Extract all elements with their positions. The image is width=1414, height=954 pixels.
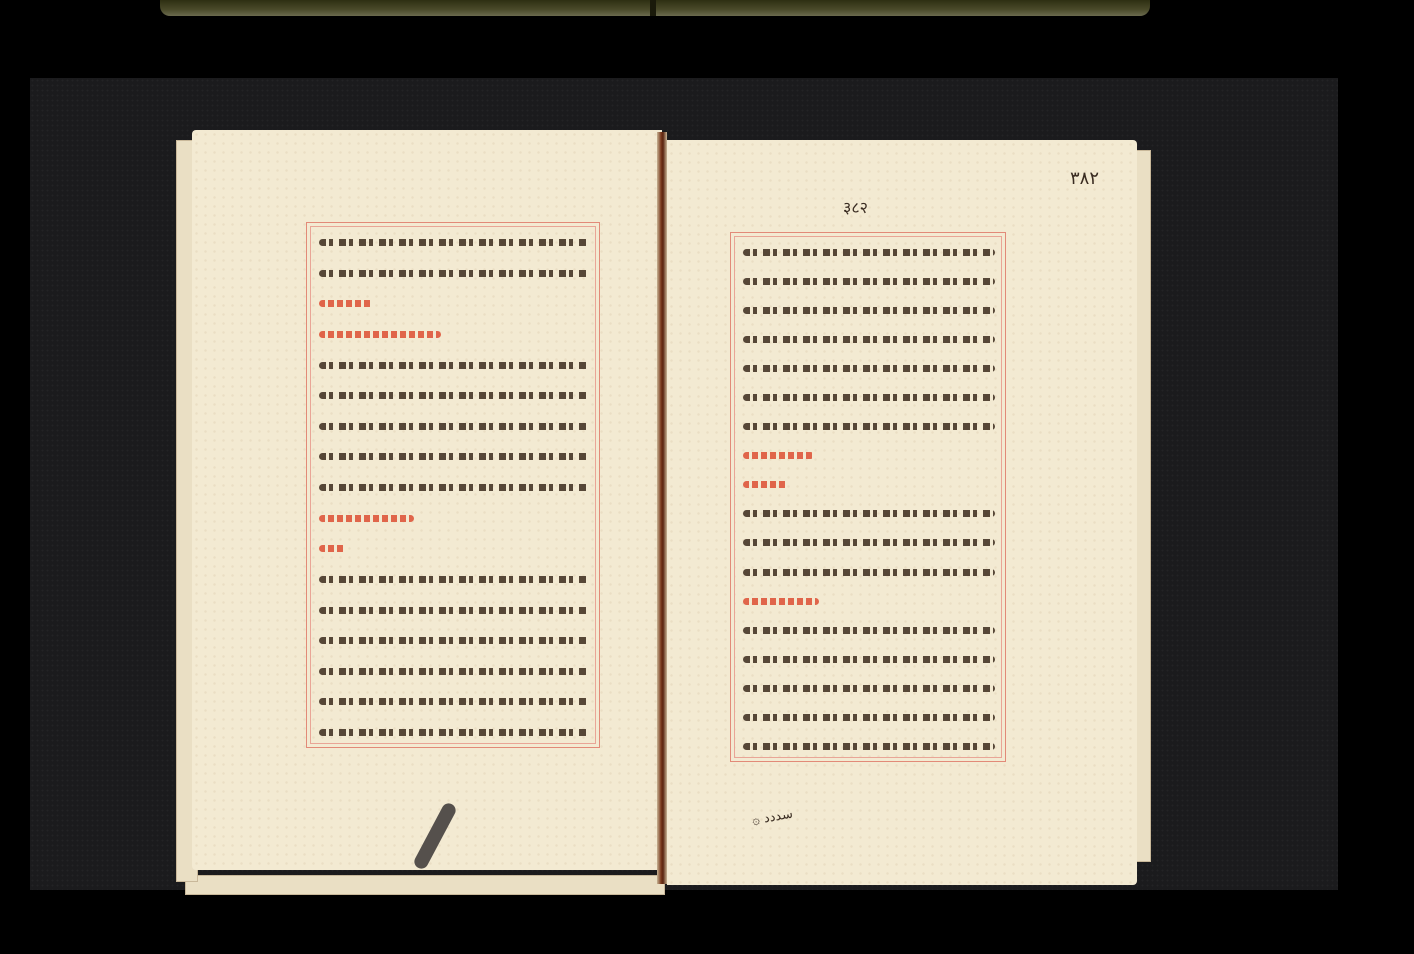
folio-number: ٣٨٢: [1070, 168, 1099, 189]
manuscript-line: [743, 245, 995, 259]
manuscript-line: [743, 390, 995, 404]
manuscript-line: [319, 511, 589, 525]
manuscript-line: [319, 296, 589, 310]
manuscript-line: [743, 506, 995, 520]
manuscript-line: [319, 388, 589, 402]
manuscript-line: [319, 358, 589, 372]
manuscript-line: [319, 449, 589, 463]
manuscript-line: [743, 274, 995, 288]
manuscript-line: [319, 603, 589, 617]
manuscript-line: [743, 623, 995, 637]
manuscript-line: [743, 739, 995, 753]
manuscript-line: [319, 419, 589, 433]
left-text-block: [306, 222, 600, 748]
manuscript-line: [743, 565, 995, 579]
manuscript-line: [319, 327, 589, 341]
manuscript-line: [319, 541, 589, 555]
manuscript-line: [743, 594, 995, 608]
secondary-page-number: ३८२: [843, 196, 868, 218]
manuscript-line: [743, 710, 995, 724]
manuscript-line: [319, 572, 589, 586]
manuscript-line: [319, 235, 589, 249]
manuscript-line: [319, 633, 589, 647]
manuscript-line: [743, 448, 995, 462]
manuscript-line: [319, 664, 589, 678]
manuscript-line: [743, 477, 995, 491]
manuscript-line: [743, 361, 995, 375]
left-page-stack-edge: [185, 875, 665, 895]
manuscript-line: [319, 480, 589, 494]
manuscript-line: [319, 266, 589, 280]
right-page-stack-edge: [1135, 150, 1151, 862]
manuscript-line: [743, 652, 995, 666]
book-spine: [657, 132, 667, 884]
manuscript-line: [743, 303, 995, 317]
strip-divider: [650, 0, 656, 16]
manuscript-line: [743, 535, 995, 549]
manuscript-line: [743, 681, 995, 695]
manuscript-line: [319, 725, 589, 739]
top-film-strip: [160, 0, 1150, 16]
manuscript-line: [743, 419, 995, 433]
manuscript-line: [743, 332, 995, 346]
right-text-block: [730, 232, 1006, 762]
manuscript-line: [319, 694, 589, 708]
